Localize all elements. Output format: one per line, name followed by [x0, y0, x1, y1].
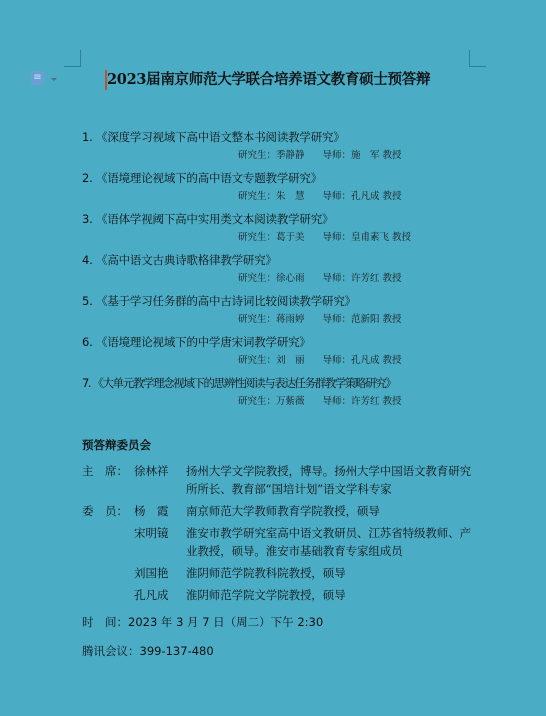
member-description[interactable]: 淮安市教学研究室高中语文教研员、江苏省特级教师、产业教授，硕导。淮安市基础教育专…	[186, 524, 476, 560]
thesis-meta: 研究生：万紫薇导师：许芳红 教授	[82, 392, 482, 415]
thesis-meta: 研究生：朱 慧导师：孔凡成 教授	[82, 187, 482, 210]
member-role: 主 席：	[82, 462, 134, 498]
member-description[interactable]: 南京师范大学教师教育学院教授，硕导	[186, 502, 476, 520]
member-description[interactable]: 淮阴师范学院教科院教授，硕导	[186, 564, 476, 582]
member-role	[82, 564, 134, 582]
member-description[interactable]: 扬州大学文学院教授，博导。扬州大学中国语文教育研究所所长、教育部“国培计划”语文…	[186, 462, 476, 498]
thesis-title[interactable]: 5. 《基于学习任务群的高中古诗词比较阅读教学研究》	[82, 292, 482, 310]
thesis-item: 3. 《语体学视阈下高中实用类文本阅读教学研究》 研究生：葛于美导师：皇甫素飞 …	[82, 210, 482, 251]
thesis-meta: 研究生：季静静导师：施 军 教授	[82, 146, 482, 169]
student-name: 研究生：刘 丽	[238, 355, 305, 366]
member-name: 徐林祥	[134, 462, 186, 498]
thesis-item: 5. 《基于学习任务群的高中古诗词比较阅读教学研究》 研究生：蒋雨婷导师：范新阳…	[82, 292, 482, 333]
thesis-title[interactable]: 4. 《高中语文古典诗歌格律教学研究》	[82, 251, 482, 269]
chevron-down-icon[interactable]	[51, 78, 57, 81]
thesis-meta: 研究生：蒋雨婷导师：范新阳 教授	[82, 310, 482, 333]
member-name: 孔凡成	[134, 586, 186, 604]
thesis-item: 6. 《语境理论视域下的中学唐宋词教学研究》 研究生：刘 丽导师：孔凡成 教授	[82, 333, 482, 374]
thesis-meta: 研究生：葛于美导师：皇甫素飞 教授	[82, 228, 482, 251]
thesis-item: 4. 《高中语文古典诗歌格律教学研究》 研究生：徐心雨导师：许芳红 教授	[82, 251, 482, 292]
committee-member: 宋明镜 淮安市教学研究室高中语文教研员、江苏省特级教师、产业教授，硕导。淮安市基…	[82, 524, 502, 560]
committee-member: 刘国艳 淮阴师范学院教科院教授，硕导	[82, 564, 502, 582]
student-name: 研究生：徐心雨	[238, 273, 305, 284]
member-role	[82, 524, 134, 560]
student-name: 研究生：万紫薇	[238, 396, 305, 407]
advisor-name: 导师：许芳红 教授	[323, 273, 402, 284]
thesis-title[interactable]: 6. 《语境理论视域下的中学唐宋词教学研究》	[82, 333, 482, 351]
defense-time[interactable]: 时 间：2023 年 3 月 7 日（周二）下午 2:30	[82, 613, 323, 631]
committee-heading[interactable]: 预答辩委员会	[82, 436, 502, 454]
margin-corner-top-right	[469, 50, 486, 67]
member-role: 委 员：	[82, 502, 134, 520]
member-role	[82, 586, 134, 604]
member-name: 宋明镜	[134, 524, 186, 560]
thesis-item: 2. 《语境理论视域下的高中语文专题教学研究》 研究生：朱 慧导师：孔凡成 教授	[82, 169, 482, 210]
advisor-name: 导师：许芳红 教授	[323, 396, 402, 407]
thesis-meta: 研究生：刘 丽导师：孔凡成 教授	[82, 351, 482, 374]
advisor-name: 导师：皇甫素飞 教授	[323, 232, 412, 243]
advisor-name: 导师：孔凡成 教授	[323, 191, 402, 202]
thesis-meta: 研究生：徐心雨导师：许芳红 教授	[82, 269, 482, 292]
committee-member: 孔凡成 淮阴师范学院文学院教授，硕导	[82, 586, 502, 604]
thesis-title[interactable]: 1. 《深度学习视域下高中语文整本书阅读教学研究》	[82, 128, 482, 146]
committee-member: 委 员： 杨 霞 南京师范大学教师教育学院教授，硕导	[82, 502, 502, 520]
member-name: 杨 霞	[134, 502, 186, 520]
advisor-name: 导师：施 军 教授	[323, 150, 402, 161]
committee-section: 预答辩委员会 主 席： 徐林祥 扬州大学文学院教授，博导。扬州大学中国语文教育研…	[82, 436, 502, 608]
document-title[interactable]: 2023届南京师范大学联合培养语文教育硕士预答辩	[107, 70, 430, 90]
margin-corner-top-left	[64, 50, 81, 67]
student-name: 研究生：蒋雨婷	[238, 314, 305, 325]
member-name: 刘国艳	[134, 564, 186, 582]
thesis-item: 1. 《深度学习视域下高中语文整本书阅读教学研究》 研究生：季静静导师：施 军 …	[82, 128, 482, 169]
advisor-name: 导师：范新阳 教授	[323, 314, 402, 325]
student-name: 研究生：葛于美	[238, 232, 305, 243]
tencent-meeting-id[interactable]: 腾讯会议：399-137-480	[82, 642, 214, 660]
thesis-title[interactable]: 2. 《语境理论视域下的高中语文专题教学研究》	[82, 169, 482, 187]
student-name: 研究生：季静静	[238, 150, 305, 161]
thesis-title[interactable]: 3. 《语体学视阈下高中实用类文本阅读教学研究》	[82, 210, 482, 228]
paragraph-align-icon[interactable]: ≡	[31, 71, 44, 85]
thesis-item: 7. 《大单元教学理念视域下的思辨性阅读与表达任务群教学策略研究》 研究生：万紫…	[82, 374, 482, 415]
student-name: 研究生：朱 慧	[238, 191, 305, 202]
member-description[interactable]: 淮阴师范学院文学院教授，硕导	[186, 586, 476, 604]
thesis-title[interactable]: 7. 《大单元教学理念视域下的思辨性阅读与表达任务群教学策略研究》	[82, 374, 482, 392]
thesis-list: 1. 《深度学习视域下高中语文整本书阅读教学研究》 研究生：季静静导师：施 军 …	[82, 128, 482, 415]
committee-member: 主 席： 徐林祥 扬州大学文学院教授，博导。扬州大学中国语文教育研究所所长、教育…	[82, 462, 502, 498]
advisor-name: 导师：孔凡成 教授	[323, 355, 402, 366]
